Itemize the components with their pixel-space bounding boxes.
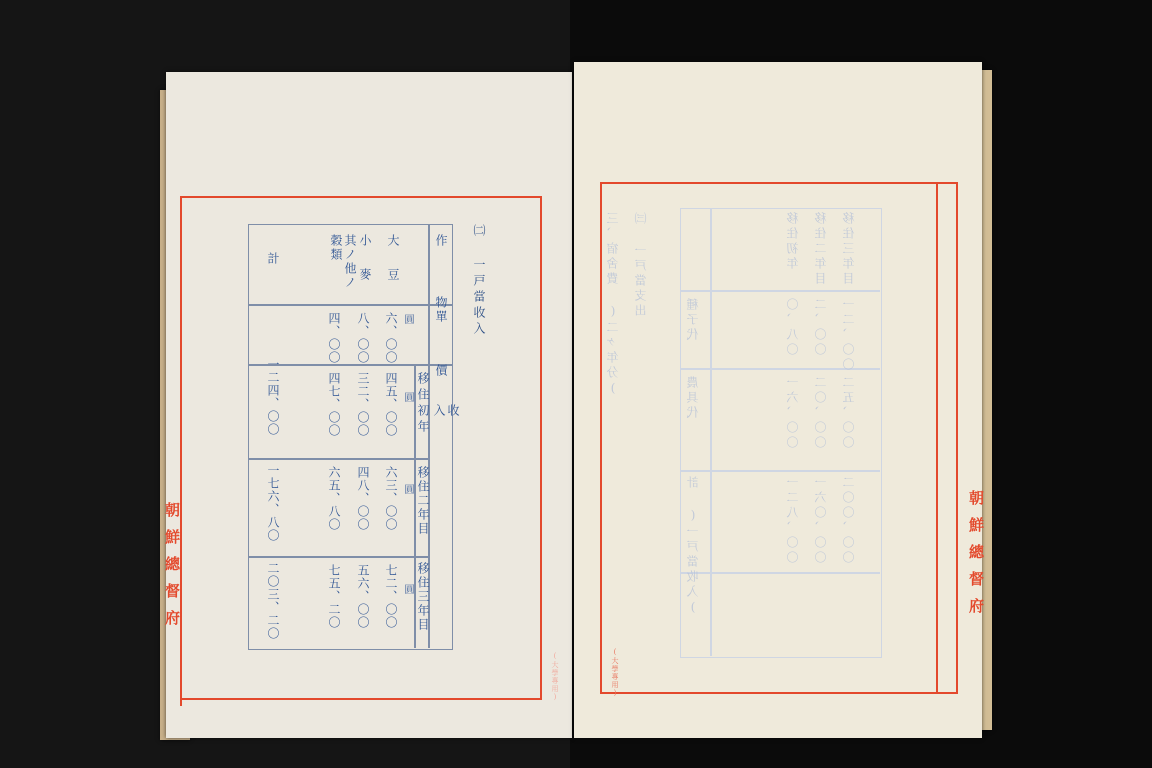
crop-name: 其ノ他ノ穀類: [329, 234, 357, 294]
ghost-heading: 三、宿舍費 (二ヶ年分): [606, 212, 620, 398]
ghost-value: 一六、〇〇: [786, 376, 800, 451]
currency-unit: 圓: [400, 392, 414, 405]
crop-name: 小麥: [358, 234, 372, 302]
ghost-row-label: 種子代: [686, 298, 700, 343]
header-unit-price: 單 價: [434, 310, 448, 390]
ghost-column: 移住初年: [786, 212, 800, 272]
year1-total: 一二四、〇〇: [266, 358, 280, 436]
ghost-row-label: 計 (一戸當收入): [686, 476, 700, 617]
ghost-divider: [680, 470, 880, 472]
row-divider: [248, 304, 452, 306]
ghost-value: 一二、〇〇: [842, 298, 856, 373]
row-divider: [248, 556, 428, 558]
year1-value: 四七、〇〇: [327, 372, 341, 437]
unit-price: 四、〇〇: [327, 312, 341, 364]
footer-stamp: (大學專用): [550, 652, 560, 702]
currency-unit: 圓: [400, 584, 414, 597]
year2-value: 六五、八〇: [327, 466, 341, 531]
red-margin-rule: [936, 182, 938, 692]
ghost-value: 一六〇、〇〇: [814, 476, 828, 566]
left-page: 朝鮮總督府 ㈡ 一戸當收入 作 物 單 價 移住初年 移住二年目 移住三年目 收…: [166, 72, 572, 738]
year3-value: 七五、二〇: [327, 564, 341, 629]
ghost-value: 一二八、〇〇: [786, 476, 800, 566]
header-year3: 移住三年目: [416, 562, 430, 632]
margin-publisher-text: 朝鮮總督府: [966, 490, 987, 625]
year3-total: 二〇三、二〇: [266, 562, 280, 640]
year1-value: 四五、〇〇: [384, 372, 398, 437]
right-page: 朝鮮總督府 ㈢ 一戸當支出 三、宿舍費 (二ヶ年分) 移住三年目 移住二年目 移…: [574, 62, 982, 738]
ghost-value: 二〇〇、〇〇: [842, 476, 856, 566]
ghost-column: 移住二年目: [814, 212, 828, 287]
currency-unit: 圓: [400, 484, 414, 497]
year1-value: 三二、〇〇: [356, 372, 370, 437]
ghost-divider: [710, 208, 712, 656]
crop-name: 大豆: [386, 234, 400, 302]
ghost-value: 二五、〇〇: [842, 376, 856, 451]
unit-price: 六、〇〇: [384, 312, 398, 364]
ghost-divider: [680, 572, 880, 574]
ghost-value: 二、〇〇: [814, 298, 828, 358]
ghost-row-label: 農具代: [686, 376, 700, 421]
row-divider: [248, 458, 428, 460]
header-income-group: 收 入: [432, 404, 460, 738]
total-label: 計: [266, 252, 280, 267]
ghost-heading: ㈢ 一戸當支出: [634, 212, 648, 319]
year2-total: 一七六、八〇: [266, 464, 280, 542]
footer-stamp: (大學專用): [610, 648, 620, 698]
header-year2: 移住二年目: [416, 466, 430, 536]
currency-unit: 圓: [400, 314, 414, 327]
ghost-divider: [680, 290, 880, 292]
year2-value: 四八、〇〇: [356, 466, 370, 531]
ghost-value: 〇、八〇: [786, 298, 800, 358]
year3-value: 七二、〇〇: [384, 564, 398, 629]
header-year1: 移住初年: [416, 372, 430, 436]
unit-price: 八、〇〇: [356, 312, 370, 364]
section-title: ㈡ 一戸當收入: [471, 224, 488, 338]
year2-value: 六三、〇〇: [384, 466, 398, 531]
year3-value: 五六、〇〇: [356, 564, 370, 629]
ghost-column: 移住三年目: [842, 212, 856, 287]
ghost-value: 二〇、〇〇: [814, 376, 828, 451]
margin-publisher-text: 朝鮮總督府: [162, 502, 183, 637]
